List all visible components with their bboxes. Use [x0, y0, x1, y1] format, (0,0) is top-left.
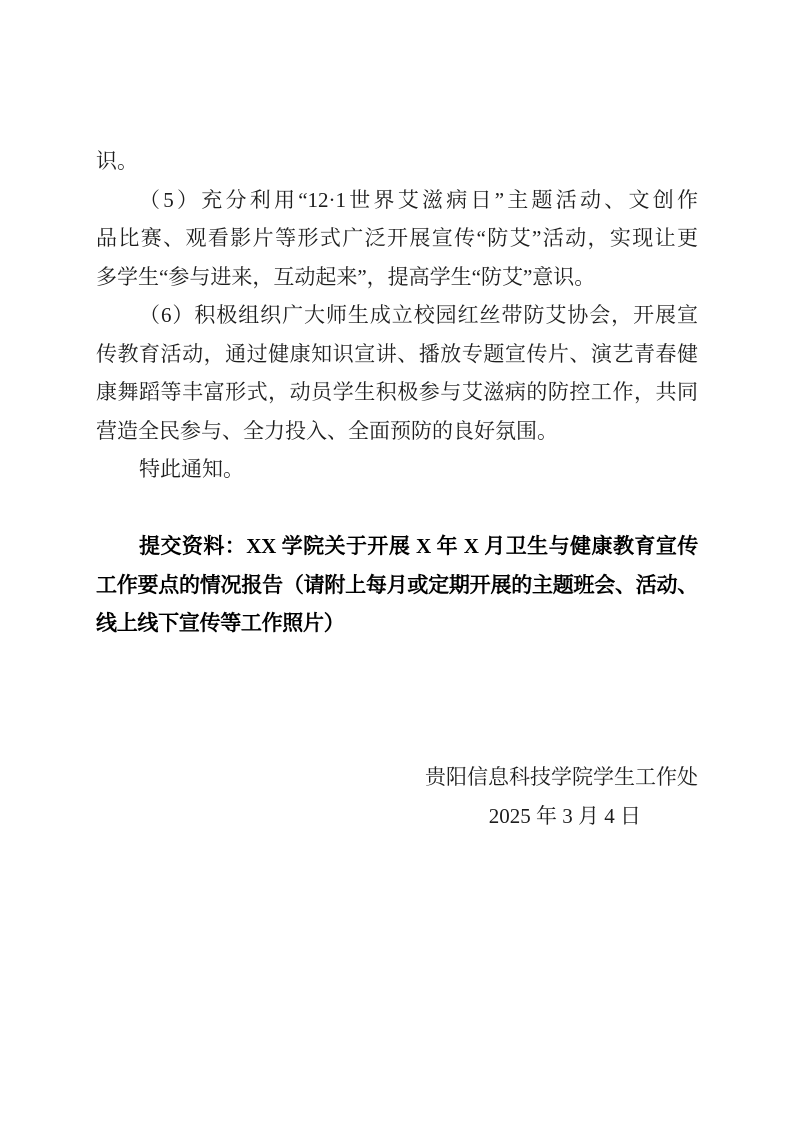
submission-note-line-2: 工作要点的情况报告（请附上每月或定期开展的主题班会、活动、: [96, 566, 698, 605]
document-body: 识。 （5）充分利用“12·1世界艾滋病日”主题活动、文创作 品比赛、观看影片等…: [96, 142, 698, 835]
body-line-item5-2: 品比赛、观看影片等形式广泛开展宣传“防艾”活动，实现让更: [96, 219, 698, 258]
body-line-item6-3: 康舞蹈等丰富形式，动员学生积极参与艾滋病的防控工作，共同: [96, 373, 698, 412]
blank-line: [96, 489, 698, 528]
blank-line: [96, 681, 698, 720]
body-line-item6-4: 营造全民参与、全力投入、全面预防的良好氛围。: [96, 412, 698, 451]
body-line-item6-1: （6）积极组织广大师生成立校园红丝带防艾协会，开展宣: [96, 296, 698, 335]
submission-note-line-3: 线上线下宣传等工作照片）: [96, 604, 698, 643]
document-page: 识。 （5）充分利用“12·1世界艾滋病日”主题活动、文创作 品比赛、观看影片等…: [0, 0, 793, 1122]
body-line-item5-3: 多学生“参与进来，互动起来”，提高学生“防艾”意识。: [96, 258, 698, 297]
signature-organization: 贵阳信息科技学院学生工作处: [96, 758, 698, 797]
signature-date: 2025 年 3 月 4 日: [96, 797, 698, 836]
body-line-continuation: 识。: [96, 142, 698, 181]
blank-line: [96, 643, 698, 682]
body-line-notice-close: 特此通知。: [96, 450, 698, 489]
submission-note-line-1: 提交资料：XX 学院关于开展 X 年 X 月卫生与健康教育宣传: [96, 527, 698, 566]
body-line-item6-2: 传教育活动，通过健康知识宣讲、播放专题宣传片、演艺青春健: [96, 335, 698, 374]
body-line-item5-1: （5）充分利用“12·1世界艾滋病日”主题活动、文创作: [96, 181, 698, 220]
blank-line: [96, 720, 698, 759]
